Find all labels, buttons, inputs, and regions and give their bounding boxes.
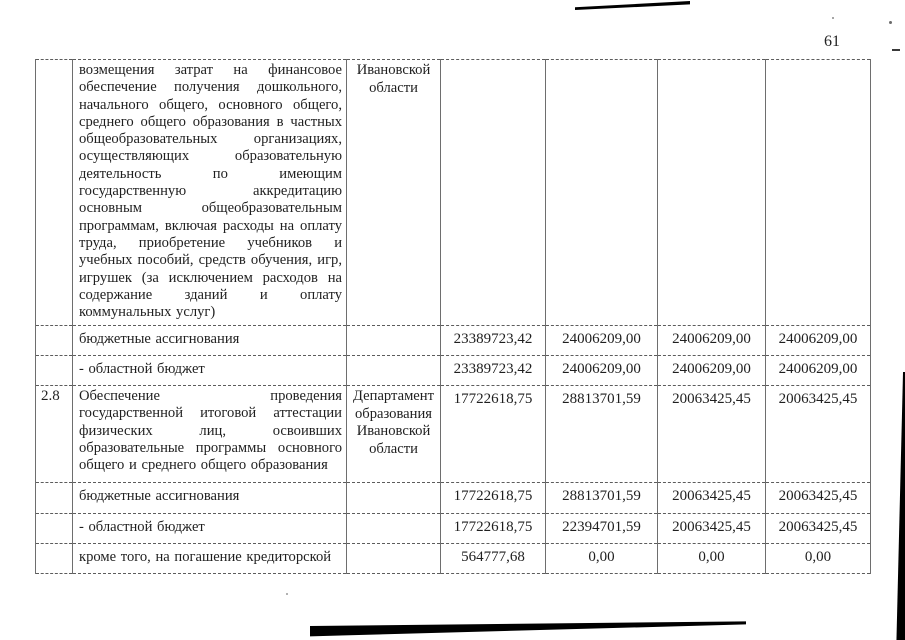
cell-amount: 24006209,00 [658, 356, 766, 386]
cell-amount: 20063425,45 [658, 386, 766, 483]
cell-amount: 0,00 [766, 544, 871, 574]
cell-amount: 20063425,45 [766, 386, 871, 483]
cell-amount: 20063425,45 [658, 483, 766, 514]
cell-amount [546, 60, 658, 326]
cell-amount: 17722618,75 [441, 514, 546, 544]
cell-row-number [36, 544, 73, 574]
cell-amount: 23389723,42 [441, 356, 546, 386]
cell-description: - областной бюджет [73, 514, 347, 544]
cell-amount: 24006209,00 [546, 356, 658, 386]
cell-row-number [36, 514, 73, 544]
scan-artifact-right-edge [896, 372, 905, 640]
cell-description: Обеспечение проведения государственной и… [73, 386, 347, 483]
cell-amount: 20063425,45 [766, 514, 871, 544]
cell-executor: Ивановской области [347, 60, 441, 326]
cell-executor [347, 356, 441, 386]
scan-speck [889, 21, 892, 24]
cell-amount: 24006209,00 [766, 356, 871, 386]
scan-artifact-top-bar [575, 1, 690, 10]
cell-amount [766, 60, 871, 326]
cell-executor [347, 483, 441, 514]
table-row: возмещения затрат на финансовое обеспече… [36, 60, 871, 326]
cell-amount: 0,00 [546, 544, 658, 574]
cell-amount [441, 60, 546, 326]
cell-executor: Департамент образования Ивановской облас… [347, 386, 441, 483]
cell-amount: 564777,68 [441, 544, 546, 574]
cell-executor [347, 514, 441, 544]
cell-row-number [36, 483, 73, 514]
cell-executor [347, 544, 441, 574]
cell-description: кроме того, на погашение кредиторской [73, 544, 347, 574]
cell-row-number [36, 326, 73, 356]
cell-row-number: 2.8 [36, 386, 73, 483]
table-row: - областной бюджет 17722618,75 22394701,… [36, 514, 871, 544]
table-row: кроме того, на погашение кредиторской 56… [36, 544, 871, 574]
cell-amount: 20063425,45 [658, 514, 766, 544]
cell-amount [658, 60, 766, 326]
cell-amount: 0,00 [658, 544, 766, 574]
scan-dash-mark [892, 49, 900, 51]
scan-speck [832, 17, 834, 19]
cell-amount: 28813701,59 [546, 386, 658, 483]
cell-amount: 28813701,59 [546, 483, 658, 514]
cell-executor [347, 326, 441, 356]
cell-row-number [36, 60, 73, 326]
cell-amount: 17722618,75 [441, 483, 546, 514]
table-row: 2.8 Обеспечение проведения государственн… [36, 386, 871, 483]
table-row: - областной бюджет 23389723,42 24006209,… [36, 356, 871, 386]
scan-speck [286, 593, 288, 595]
scan-artifact-bottom-bar [310, 620, 746, 637]
table-row: бюджетные ассигнования 23389723,42 24006… [36, 326, 871, 356]
cell-amount: 24006209,00 [658, 326, 766, 356]
cell-amount: 23389723,42 [441, 326, 546, 356]
page-number: 61 [824, 33, 840, 51]
cell-amount: 17722618,75 [441, 386, 546, 483]
table-row: бюджетные ассигнования 17722618,75 28813… [36, 483, 871, 514]
cell-description: возмещения затрат на финансовое обеспече… [73, 60, 347, 326]
cell-description: - областной бюджет [73, 356, 347, 386]
cell-description: бюджетные ассигнования [73, 326, 347, 356]
cell-amount: 22394701,59 [546, 514, 658, 544]
cell-amount: 20063425,45 [766, 483, 871, 514]
cell-row-number [36, 356, 73, 386]
document-page: 61 возмещения затрат на финансовое обесп… [0, 0, 905, 640]
cell-description: бюджетные ассигнования [73, 483, 347, 514]
cell-amount: 24006209,00 [766, 326, 871, 356]
cell-amount: 24006209,00 [546, 326, 658, 356]
budget-table: возмещения затрат на финансовое обеспече… [35, 59, 871, 574]
